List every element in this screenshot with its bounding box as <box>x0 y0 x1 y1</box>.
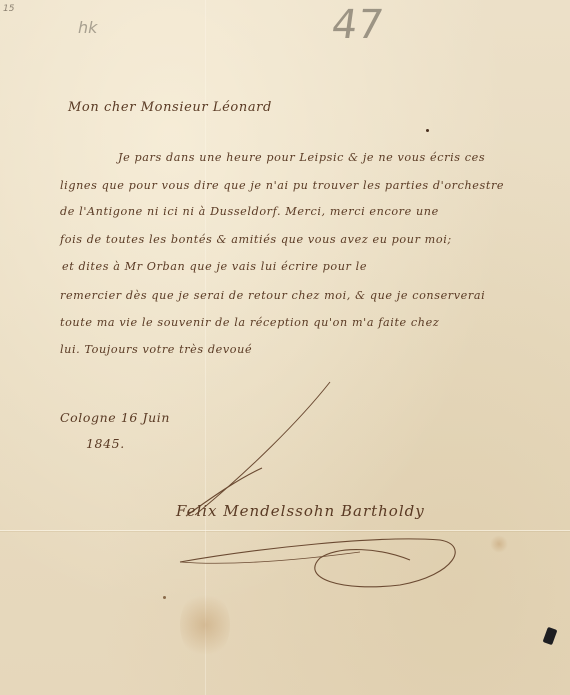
signature-flourish <box>0 0 570 695</box>
ink-dot <box>163 596 166 599</box>
letter-page: 15 hk 47 Mon cher Monsieur Léonard Je pa… <box>0 0 570 695</box>
paper-stain <box>180 590 230 660</box>
signature: Felix Mendelssohn Bartholdy <box>176 502 425 520</box>
paper-stain <box>490 535 508 553</box>
